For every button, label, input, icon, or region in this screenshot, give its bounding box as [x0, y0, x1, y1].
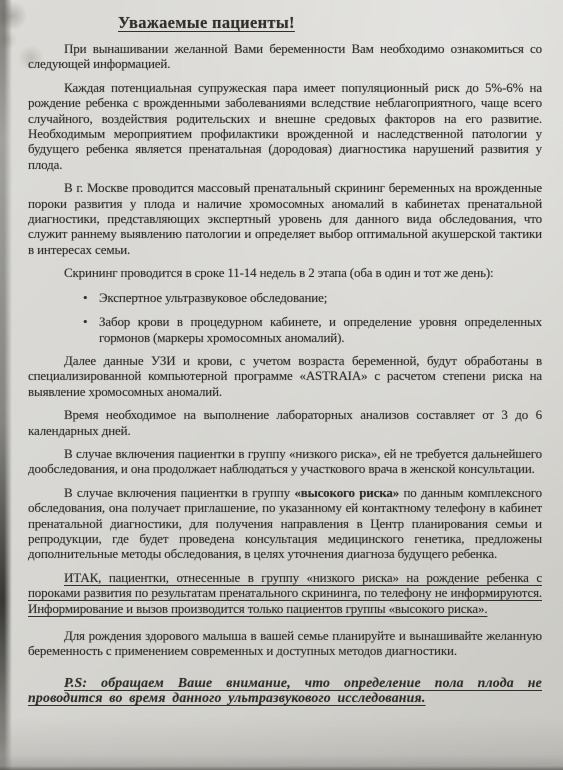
- paragraph-high-risk: В случае включения пациентки в группу «в…: [28, 485, 542, 562]
- list-item-text: Экспертное ультразвуковое обследование;: [99, 290, 327, 305]
- paragraph-high-risk-pre: В случае включения пациентки в группу: [64, 485, 294, 500]
- list-item-text: Забор крови в процедурном кабинете, и оп…: [99, 314, 542, 344]
- paragraph-astraia: Далее данные УЗИ и крови, с учетом возра…: [28, 353, 542, 399]
- document-page: Уважаемые пациенты! При вынашивании жела…: [0, 0, 563, 770]
- list-item: • Экспертное ультразвуковое обследование…: [83, 290, 542, 305]
- paragraph-healthy-baby: Для рождения здорового малыша в вашей се…: [28, 628, 542, 659]
- document-title: Уважаемые пациенты!: [118, 13, 542, 33]
- bullet-marker: •: [83, 314, 87, 329]
- paragraph-low-risk: В случае включения пациентки в группу «н…: [28, 446, 542, 477]
- screening-stages-list: • Экспертное ультразвуковое обследование…: [83, 290, 542, 345]
- list-item: • Забор крови в процедурном кабинете, и …: [83, 314, 542, 345]
- paragraph-population-risk: Каждая потенциальная супружеская пара им…: [28, 80, 542, 172]
- bullet-marker: •: [83, 290, 87, 305]
- paragraph-moscow-screening: В г. Москве проводится массовый пренатал…: [28, 180, 542, 257]
- document-photo: Уважаемые пациенты! При вынашивании жела…: [0, 0, 563, 770]
- paragraph-itak-notice: ИТАК, пациентки, отнесенные в группу «ни…: [28, 570, 542, 616]
- paragraph-ps-note: P.S: обращаем Ваше внимание, что определ…: [28, 675, 542, 706]
- paragraph-high-risk-bold: «высокого риска»: [294, 485, 399, 500]
- paragraph-lab-time: Время необходимое на выполнение лаборато…: [28, 407, 542, 438]
- paragraph-screening-stages: Скрининг проводится в сроке 11-14 недель…: [28, 265, 542, 280]
- paragraph-intro: При вынашивании желанной Вами беременнос…: [28, 41, 542, 72]
